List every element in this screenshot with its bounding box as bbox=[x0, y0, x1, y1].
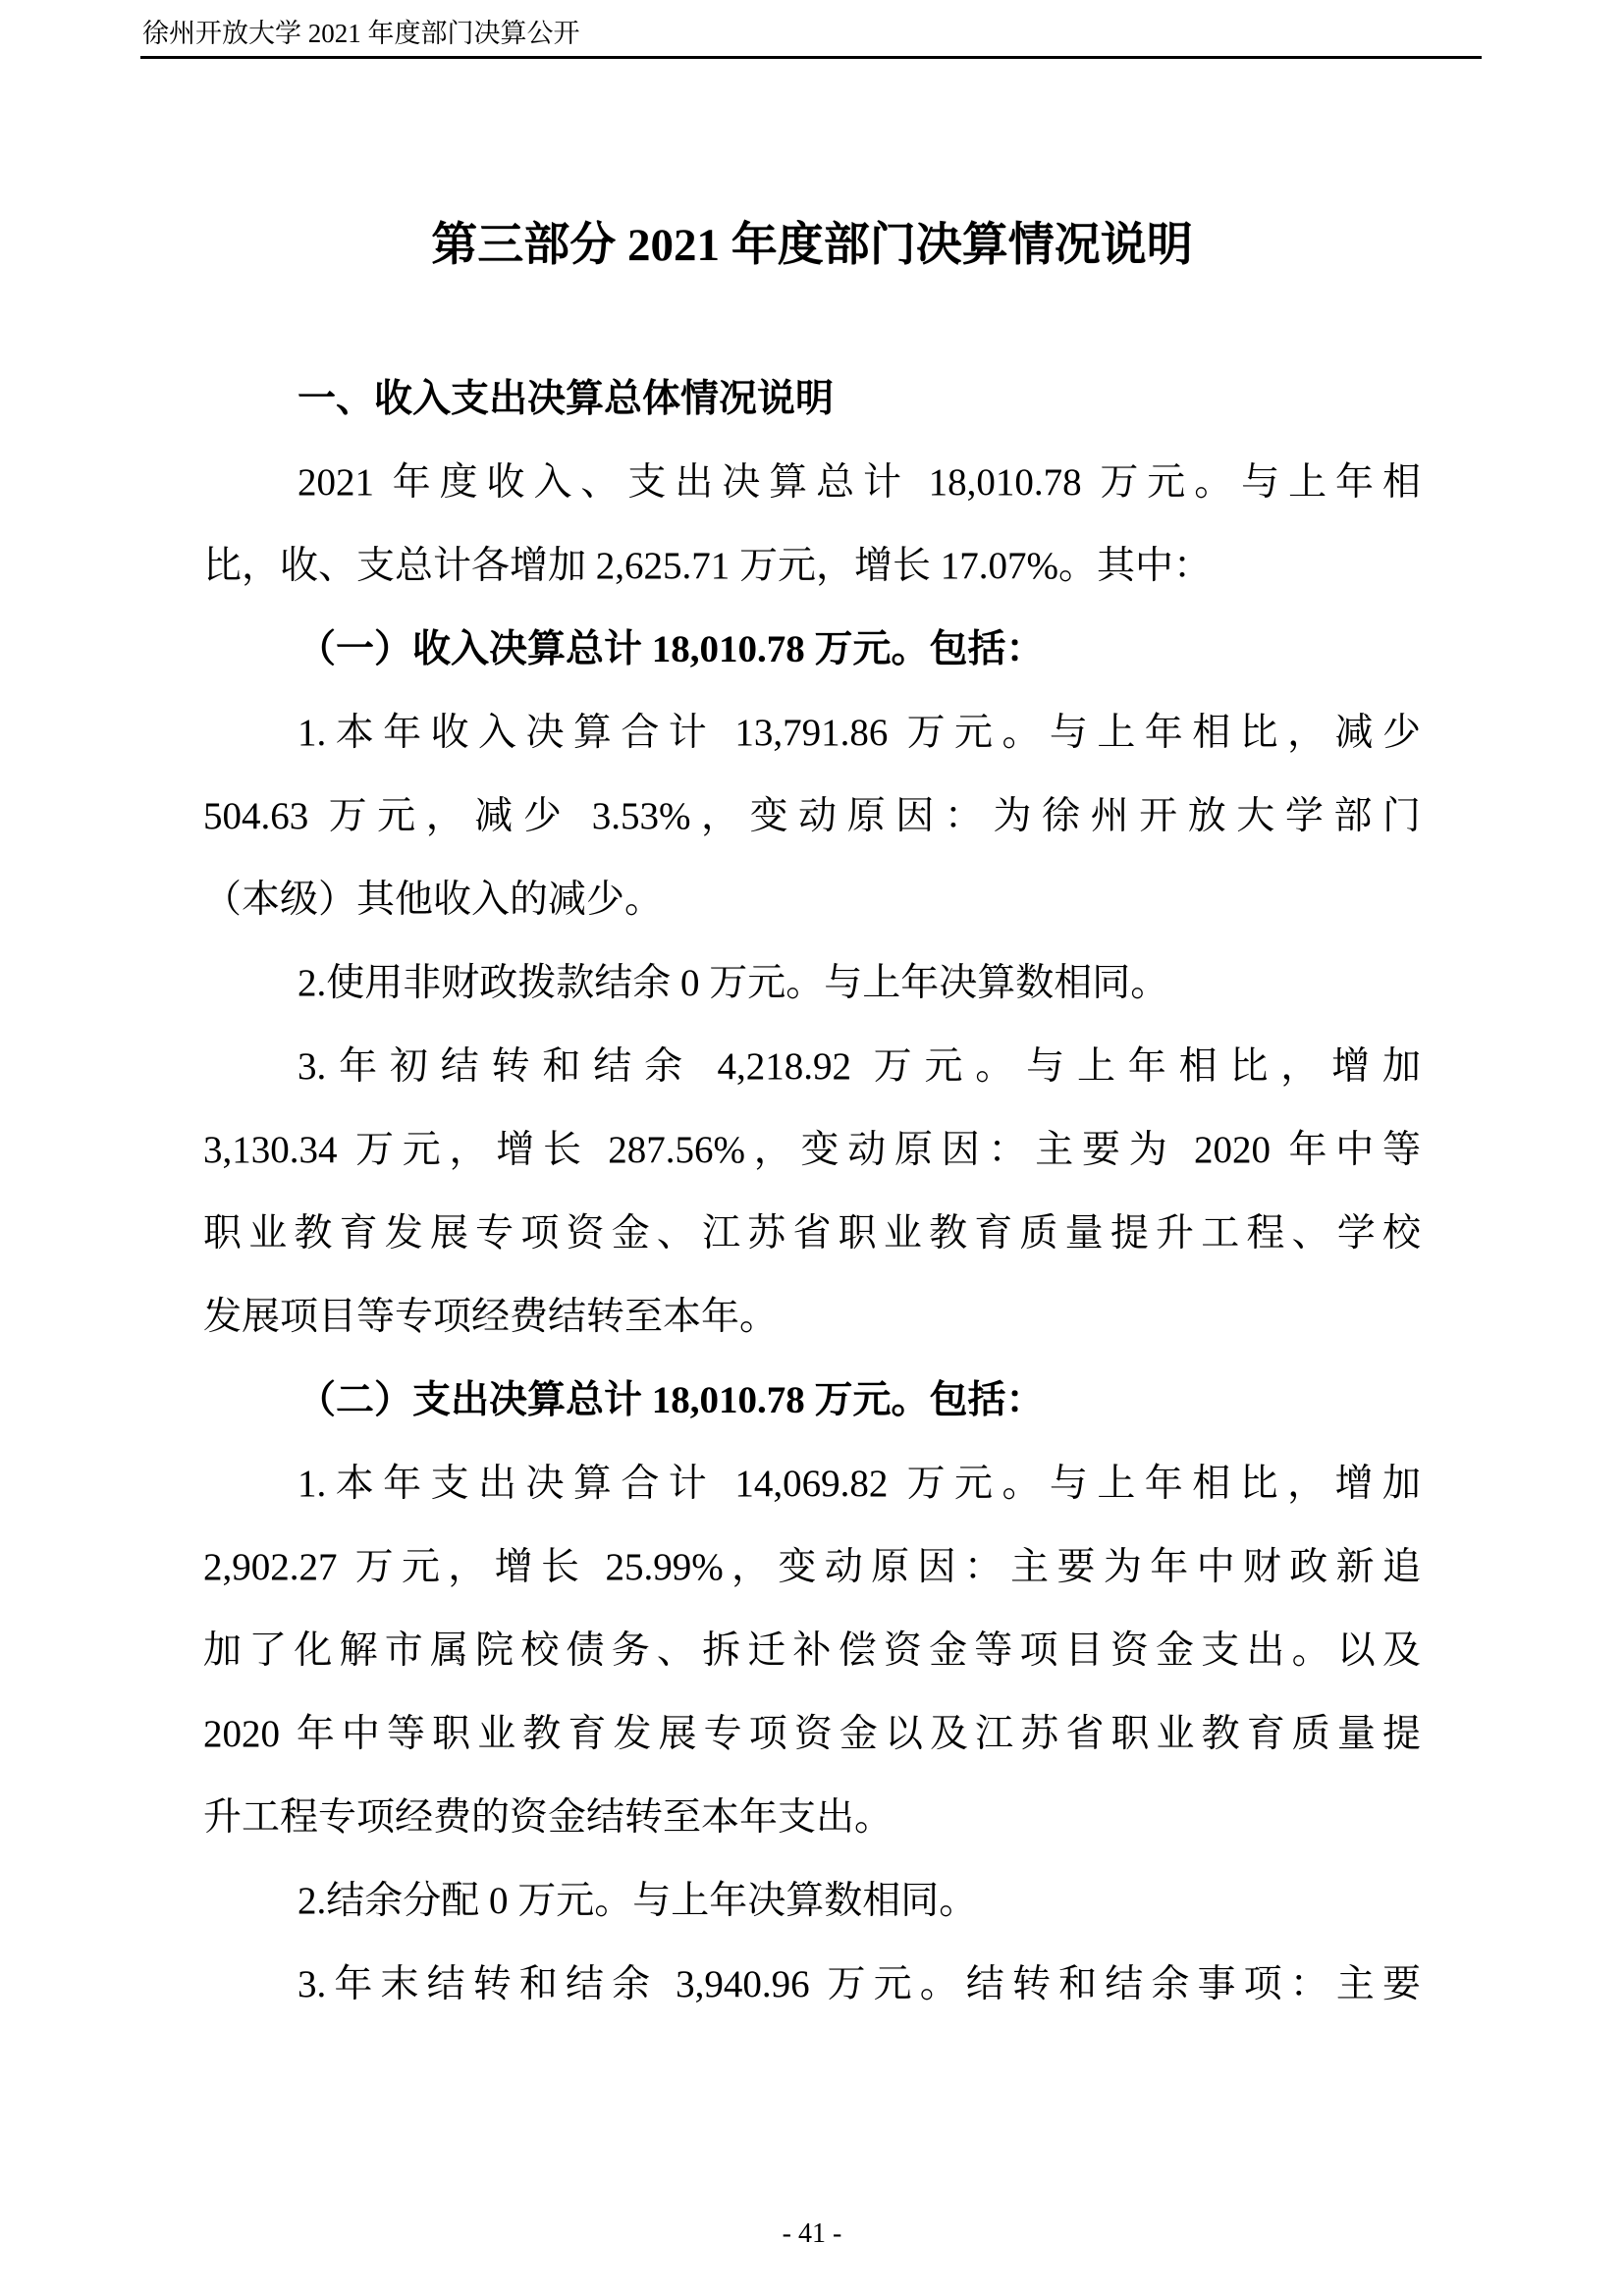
section-heading: 一、收入支出决算总体情况说明 bbox=[203, 375, 1421, 458]
page-number: - 41 - bbox=[203, 2216, 1421, 2252]
paragraph-line: 2,902.27 万元，增长 25.99%，变动原因：主要为年中财政新追 bbox=[203, 1543, 1421, 1627]
paragraph-line: 2020 年中等职业教育发展专项资金以及江苏省职业教育质量提 bbox=[203, 1710, 1421, 1793]
paragraph-line: 3.年初结转和结余 4,218.92 万元。与上年相比，增加 bbox=[203, 1042, 1421, 1126]
subsection-heading-income: （一）收入决算总计 18,010.78 万元。包括： bbox=[203, 625, 1421, 709]
paragraph-line: 3,130.34 万元，增长 287.56%，变动原因：主要为 2020 年中等 bbox=[203, 1126, 1421, 1209]
paragraph-line: （本级）其他收入的减少。 bbox=[203, 876, 1421, 959]
paragraph-line: 比，收、支总计各增加 2,625.71 万元，增长 17.07%。其中： bbox=[203, 542, 1421, 625]
header-rule bbox=[140, 56, 1482, 59]
paragraph-line: 2.使用非财政拨款结余 0 万元。与上年决算数相同。 bbox=[203, 959, 1421, 1042]
paragraph-line: 2021 年度收入、支出决算总计 18,010.78 万元。与上年相 bbox=[203, 458, 1421, 542]
paragraph-line: 加了化解市属院校债务、拆迁补偿资金等项目资金支出。以及 bbox=[203, 1627, 1421, 1710]
document-title: 第三部分 2021 年度部门决算情况说明 bbox=[203, 215, 1421, 276]
paragraph-line: 发展项目等专项经费结转至本年。 bbox=[203, 1293, 1421, 1376]
paragraph-line: 升工程专项经费的资金结转至本年支出。 bbox=[203, 1793, 1421, 1877]
subsection-heading-expenditure: （二）支出决算总计 18,010.78 万元。包括： bbox=[203, 1376, 1421, 1460]
paragraph-line: 职业教育发展专项资金、江苏省职业教育质量提升工程、学校 bbox=[203, 1209, 1421, 1293]
paragraph-line: 1.本年支出决算合计 14,069.82 万元。与上年相比，增加 bbox=[203, 1460, 1421, 1543]
document-page: 徐州开放大学 2021 年度部门决算公开 第三部分 2021 年度部门决算情况说… bbox=[0, 0, 1624, 2296]
page-header: 徐州开放大学 2021 年度部门决算公开 bbox=[142, 16, 580, 51]
paragraph-line: 504.63 万元，减少 3.53%，变动原因：为徐州开放大学部门 bbox=[203, 792, 1421, 876]
paragraph-line: 1.本年收入决算合计 13,791.86 万元。与上年相比，减少 bbox=[203, 709, 1421, 792]
paragraph-line: 2.结余分配 0 万元。与上年决算数相同。 bbox=[203, 1877, 1421, 1960]
document-body: 一、收入支出决算总体情况说明 2021 年度收入、支出决算总计 18,010.7… bbox=[203, 375, 1421, 2044]
paragraph-line: 3.年末结转和结余 3,940.96 万元。结转和结余事项：主要 bbox=[203, 1960, 1421, 2044]
